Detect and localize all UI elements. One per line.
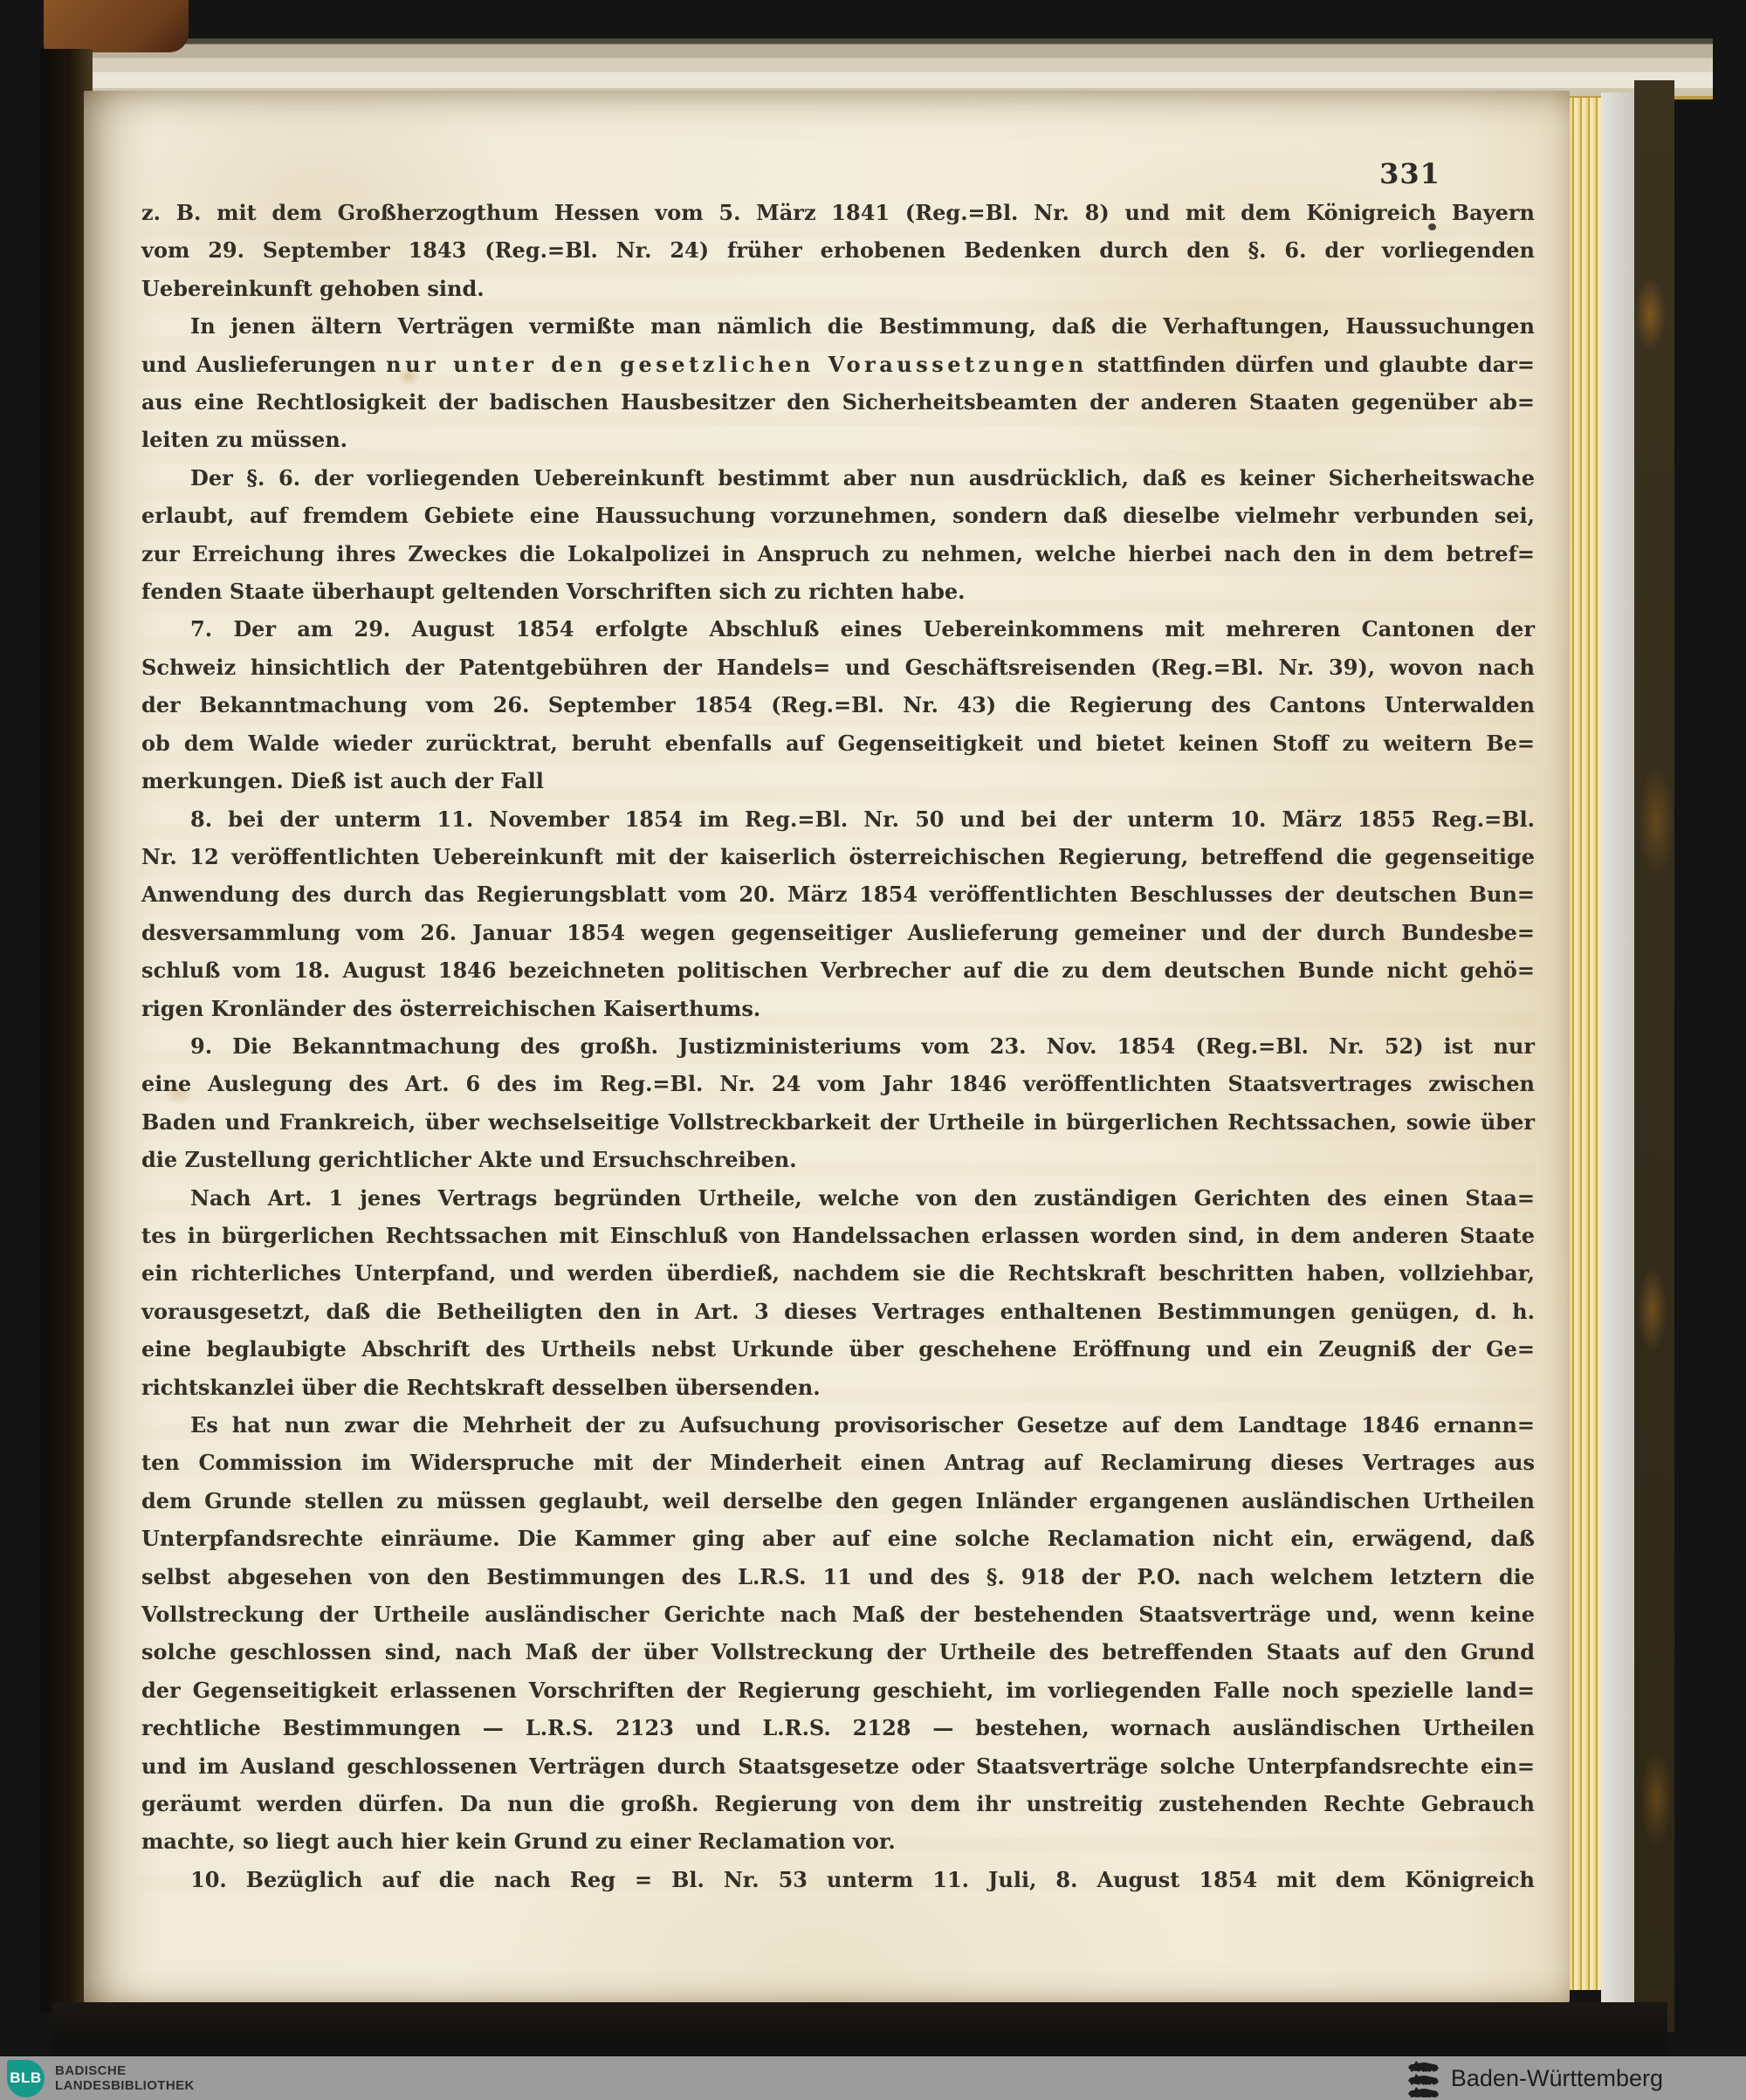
text-line: Der §. 6. der vorliegenden Uebereinkunft…: [141, 459, 1535, 497]
fore-edge-white-strip: [1601, 93, 1634, 2006]
blb-logo: BLB: [7, 2060, 45, 2097]
text-line: merkungen. Dieß ist auch der Fall: [141, 762, 1535, 800]
text-line: Nach Art. 1 jenes Vertrags begründen Urt…: [141, 1179, 1535, 1217]
library-name-line2: LANDESBIBLIOTHEK: [55, 2078, 195, 2093]
text-line: eine Auslegung des Art. 6 des im Reg.=Bl…: [141, 1065, 1535, 1102]
paragraph: Nach Art. 1 jenes Vertrags begründen Urt…: [141, 1179, 1535, 1406]
text-line: solche geschlossen sind, nach Maß der üb…: [141, 1633, 1535, 1671]
text-line: Uebereinkunft gehoben sind.: [141, 270, 1535, 307]
text-line: eine beglaubigte Abschrift des Urtheils …: [141, 1330, 1535, 1368]
text-line: und Auslieferungen nur unter den gesetzl…: [141, 346, 1535, 383]
text-line: richtskanzlei über die Rechtskraft desse…: [141, 1369, 1535, 1406]
text-line: aus eine Rechtlosigkeit der badischen Ha…: [141, 383, 1535, 421]
paragraph: 7. Der am 29. August 1854 erfolgte Absch…: [141, 610, 1535, 800]
state-branding: Baden-Württemberg: [1406, 2056, 1663, 2100]
paragraph: 10. Bezüglich auf die nach Reg = Bl. Nr.…: [141, 1861, 1535, 1898]
text-line: Schweiz hinsichtlich der Patentgebühren …: [141, 649, 1535, 686]
text-line: In jenen ältern Verträgen vermißte man n…: [141, 307, 1535, 345]
scanned-book-photo: 331 z. B. mit dem Großherzogthum Hessen …: [0, 0, 1746, 2100]
text-line: schluß vom 18. August 1846 bezeichneten …: [141, 951, 1535, 989]
text-line: Baden und Frankreich, über wechselseitig…: [141, 1103, 1535, 1141]
text-line: desversammlung vom 26. Januar 1854 wegen…: [141, 914, 1535, 951]
paragraph: In jenen ältern Verträgen vermißte man n…: [141, 307, 1535, 459]
leather-corner: [44, 0, 189, 52]
library-name: BADISCHE LANDESBIBLIOTHEK: [55, 2063, 195, 2093]
text-line: zur Erreichung ihres Zweckes die Lokalpo…: [141, 535, 1535, 573]
text-line: rigen Kronländer des österreichischen Ka…: [141, 990, 1535, 1027]
page-number: 331: [1358, 157, 1462, 190]
text-line: z. B. mit dem Großherzogthum Hessen vom …: [141, 194, 1535, 231]
book-cover-edge: [1634, 80, 1674, 2032]
text-line: ten Commission im Widerspruche mit der M…: [141, 1444, 1535, 1481]
page-fore-edge: [1570, 98, 1601, 1990]
text-line: die Zustellung gerichtlicher Akte und Er…: [141, 1141, 1535, 1178]
text-line: selbst abgesehen von den Bestimmungen de…: [141, 1558, 1535, 1596]
text-line: leiten zu müssen.: [141, 421, 1535, 458]
library-branding: BLB BADISCHE LANDESBIBLIOTHEK: [7, 2058, 195, 2098]
text-line: der Gegenseitigkeit erlassenen Vorschrif…: [141, 1671, 1535, 1709]
text-line: Unterpfandsrechte einräume. Die Kammer g…: [141, 1520, 1535, 1557]
paragraph: z. B. mit dem Großherzogthum Hessen vom …: [141, 194, 1535, 307]
text-line: 10. Bezüglich auf die nach Reg = Bl. Nr.…: [141, 1861, 1535, 1898]
text-block: z. B. mit dem Großherzogthum Hessen vom …: [141, 194, 1535, 1898]
library-name-line1: BADISCHE: [55, 2063, 195, 2078]
text-line: geräumt werden dürfen. Da nun die großh.…: [141, 1785, 1535, 1822]
book-bottom-shadow: [52, 2002, 1667, 2058]
text-line: und im Ausland geschlossenen Verträgen d…: [141, 1747, 1535, 1785]
text-line: Nr. 12 veröffentlichten Uebereinkunft mi…: [141, 838, 1535, 875]
text-line: ob dem Walde wieder zurücktrat, beruht e…: [141, 724, 1535, 762]
text-line: 8. bei der unterm 11. November 1854 im R…: [141, 800, 1535, 838]
paragraph: Der §. 6. der vorliegenden Uebereinkunft…: [141, 459, 1535, 611]
text-line: Anwendung des durch das Regierungsblatt …: [141, 875, 1535, 913]
text-line: fenden Staate überhaupt geltenden Vorsch…: [141, 573, 1535, 610]
paragraph: 8. bei der unterm 11. November 1854 im R…: [141, 800, 1535, 1027]
state-name: Baden-Württemberg: [1451, 2065, 1663, 2092]
text-line: vorausgesetzt, daß die Betheiligten den …: [141, 1293, 1535, 1330]
text-line: Es hat nun zwar die Mehrheit der zu Aufs…: [141, 1406, 1535, 1444]
text-line: vom 29. September 1843 (Reg.=Bl. Nr. 24)…: [141, 231, 1535, 269]
footer-bar: BLB BADISCHE LANDESBIBLIOTHEK: [0, 2056, 1746, 2100]
paragraph: Es hat nun zwar die Mehrheit der zu Aufs…: [141, 1406, 1535, 1861]
text-line: tes in bürgerlichen Rechtssachen mit Ein…: [141, 1217, 1535, 1254]
text-line: der Bekanntmachung vom 26. September 185…: [141, 686, 1535, 724]
text-line: machte, so liegt auch hier kein Grund zu…: [141, 1822, 1535, 1860]
text-line: 9. Die Bekanntmachung des großh. Justizm…: [141, 1027, 1535, 1065]
text-line: ein richterliches Unterpfand, und werden…: [141, 1254, 1535, 1292]
bw-coat-of-arms-icon: [1406, 2059, 1440, 2097]
blb-logo-text: BLB: [10, 2069, 41, 2087]
text-line: Vollstreckung der Urtheile ausländischer…: [141, 1596, 1535, 1633]
text-line: dem Grunde stellen zu müssen geglaubt, w…: [141, 1482, 1535, 1520]
text-line: 7. Der am 29. August 1854 erfolgte Absch…: [141, 610, 1535, 648]
text-line: erlaubt, auf fremdem Gebiete eine Haussu…: [141, 497, 1535, 534]
paragraph: 9. Die Bekanntmachung des großh. Justizm…: [141, 1027, 1535, 1179]
text-line: rechtliche Bestimmungen — L.R.S. 2123 un…: [141, 1709, 1535, 1747]
